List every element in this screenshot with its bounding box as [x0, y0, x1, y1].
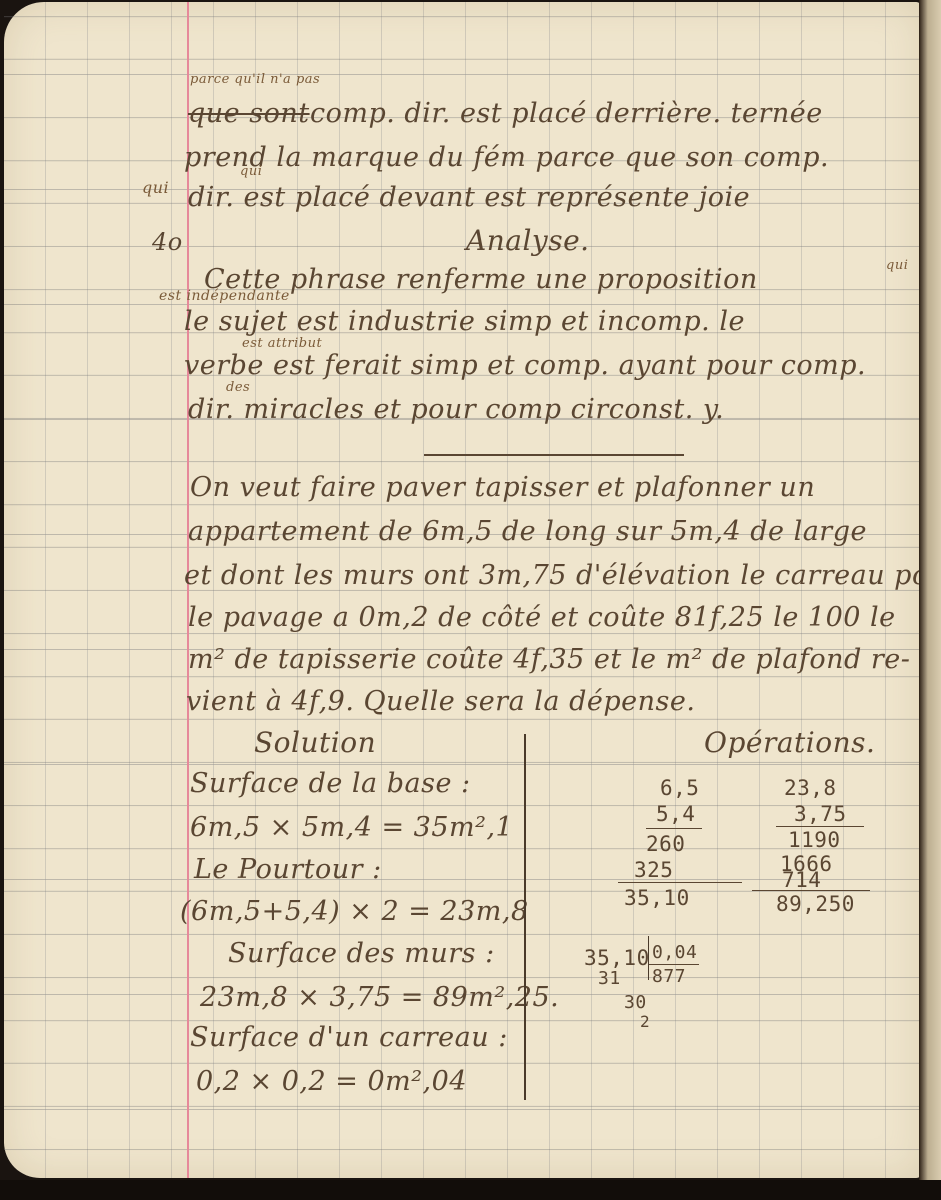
mult1-partial-2: 325	[634, 858, 673, 882]
exercise-number: 4o	[152, 228, 183, 256]
mult2-partial-3: 714	[782, 868, 821, 892]
problem-line-6: vient à 4f,9. Quelle sera la dépense.	[186, 686, 695, 717]
mult1-a: 6,5	[660, 776, 699, 800]
solution-label-2: Le Pourtour :	[194, 854, 382, 885]
mult1-partial-1: 260	[646, 832, 685, 856]
division-remainder-3: 2	[640, 1012, 650, 1031]
division-remainder-1: 31	[598, 968, 621, 989]
notebook-binding	[919, 0, 941, 1200]
section-title-operations: Opérations.	[704, 726, 875, 759]
division-remainder-2: 30	[624, 992, 647, 1013]
mult1-line	[646, 828, 702, 829]
division-bar	[648, 936, 649, 980]
problem-line-5: m² de tapisserie coûte 4f,35 et le m² de…	[188, 644, 910, 675]
division-dividend: 35,10	[584, 946, 650, 970]
analyse-line-1: Cette phrase renferme une proposition	[204, 264, 758, 295]
analyse-line-3: verbe est ferait simp et comp. ayant pou…	[184, 350, 866, 381]
insertion-note: parce qu'il n'a pas	[190, 72, 320, 87]
problem-line-2: appartement de 6m,5 de long sur 5m,4 de …	[188, 516, 867, 547]
notebook-page: parce qu'il n'a pas que sont comp. dir. …	[4, 2, 922, 1178]
solution-label-3: Surface des murs :	[228, 938, 495, 969]
mult2-a: 23,8	[784, 776, 837, 800]
column-divider	[524, 734, 526, 1100]
mult1-result: 35,10	[624, 886, 690, 910]
margin-note-qui: qui	[142, 178, 169, 197]
division-divisor: 0,04	[652, 942, 697, 963]
mult2-line	[776, 826, 864, 827]
insertion-des: des	[226, 380, 250, 395]
mult1-b: 5,4	[656, 802, 695, 826]
mult1-sum-line	[618, 882, 742, 883]
analyse-line-4: dir. miracles et pour comp circonst. y.	[188, 394, 724, 425]
grammar-line-3: dir. est placé devant est représente joi…	[188, 182, 750, 213]
insertion-qui: qui	[886, 258, 908, 273]
problem-line-3: et dont les murs ont 3m,75 d'élévation l…	[184, 560, 941, 591]
analyse-line-2: le sujet est industrie simp et incomp. l…	[184, 306, 745, 337]
mult2-result: 89,250	[776, 892, 855, 916]
section-title-solution: Solution	[254, 726, 376, 759]
grammar-line-1: comp. dir. est placé derrière. ternée	[310, 98, 823, 129]
grammar-line-2: prend la marque du fém parce que son com…	[184, 142, 829, 173]
solution-label-1: Surface de la base :	[190, 768, 471, 799]
solution-calc-2: (6m,5+5,4) × 2 = 23m,8	[180, 896, 529, 927]
solution-calc-1: 6m,5 × 5m,4 = 35m²,1	[190, 812, 513, 843]
insertion-qui: qui	[240, 164, 262, 179]
problem-line-4: le pavage a 0m,2 de côté et coûte 81f,25…	[188, 602, 896, 633]
section-divider	[424, 454, 684, 456]
section-title-analyse: Analyse.	[466, 224, 590, 257]
scan-background	[0, 1180, 941, 1200]
solution-calc-4: 0,2 × 0,2 = 0m²,04	[196, 1066, 467, 1097]
solution-calc-3: 23m,8 × 3,75 = 89m²,25.	[200, 982, 559, 1013]
division-quotient: 877	[652, 966, 686, 987]
mult2-b: 3,75	[794, 802, 847, 826]
struck-text: que sont	[188, 98, 310, 129]
division-line	[649, 964, 699, 965]
mult2-sum-line	[752, 890, 870, 891]
mult2-partial-1: 1190	[788, 828, 841, 852]
problem-line-1: On veut faire paver tapisser et plafonne…	[190, 472, 815, 503]
solution-label-4: Surface d'un carreau :	[190, 1022, 508, 1053]
insertion-attribut: est attribut	[242, 336, 322, 351]
